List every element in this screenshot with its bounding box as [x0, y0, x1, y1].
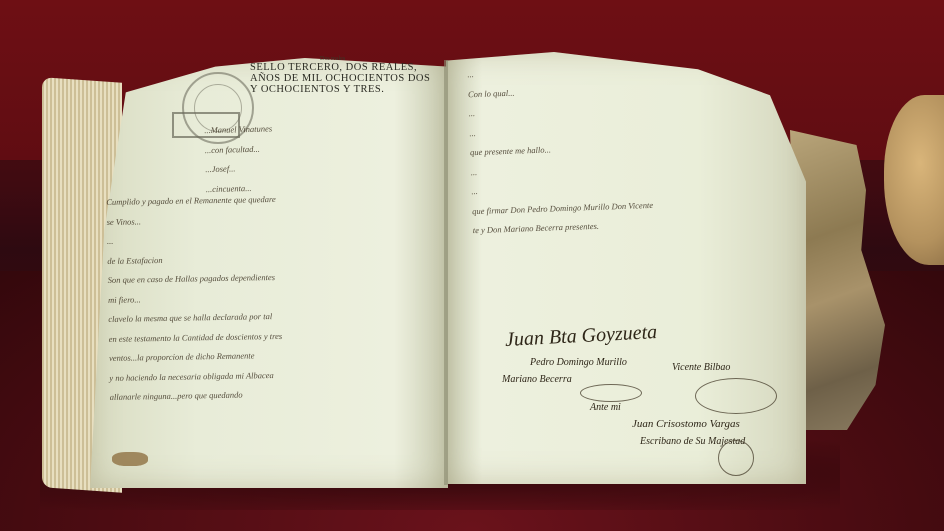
rubric-flourish-icon [718, 440, 754, 476]
signature: Mariano Becerra [502, 374, 572, 385]
signature: Juan Crisostomo Vargas [632, 418, 740, 430]
rubric-flourish-icon [695, 378, 777, 414]
book-spine [444, 60, 448, 485]
signature: Pedro Domingo Murillo [530, 357, 627, 368]
photo-scene: Dos reales SELLO TERCERO, DOS REALES, AÑ… [0, 0, 944, 531]
printed-header: SELLO TERCERO, DOS REALES, AÑOS DE MIL O… [250, 62, 440, 95]
rubric-flourish-icon [580, 384, 642, 402]
handwriting-left-body: Cumplido y pagado en el Remanente que qu… [106, 187, 445, 407]
signature: Ante mi [590, 402, 621, 413]
signature: Vicente Bilbao [672, 362, 730, 373]
handwriting-right-body: ... Con lo qual... ... ... que presente … [467, 55, 773, 241]
ink-stain [112, 452, 148, 466]
handwriting-left-top: ...Manuel Vinatunes ...con facultad... .… [204, 115, 446, 199]
